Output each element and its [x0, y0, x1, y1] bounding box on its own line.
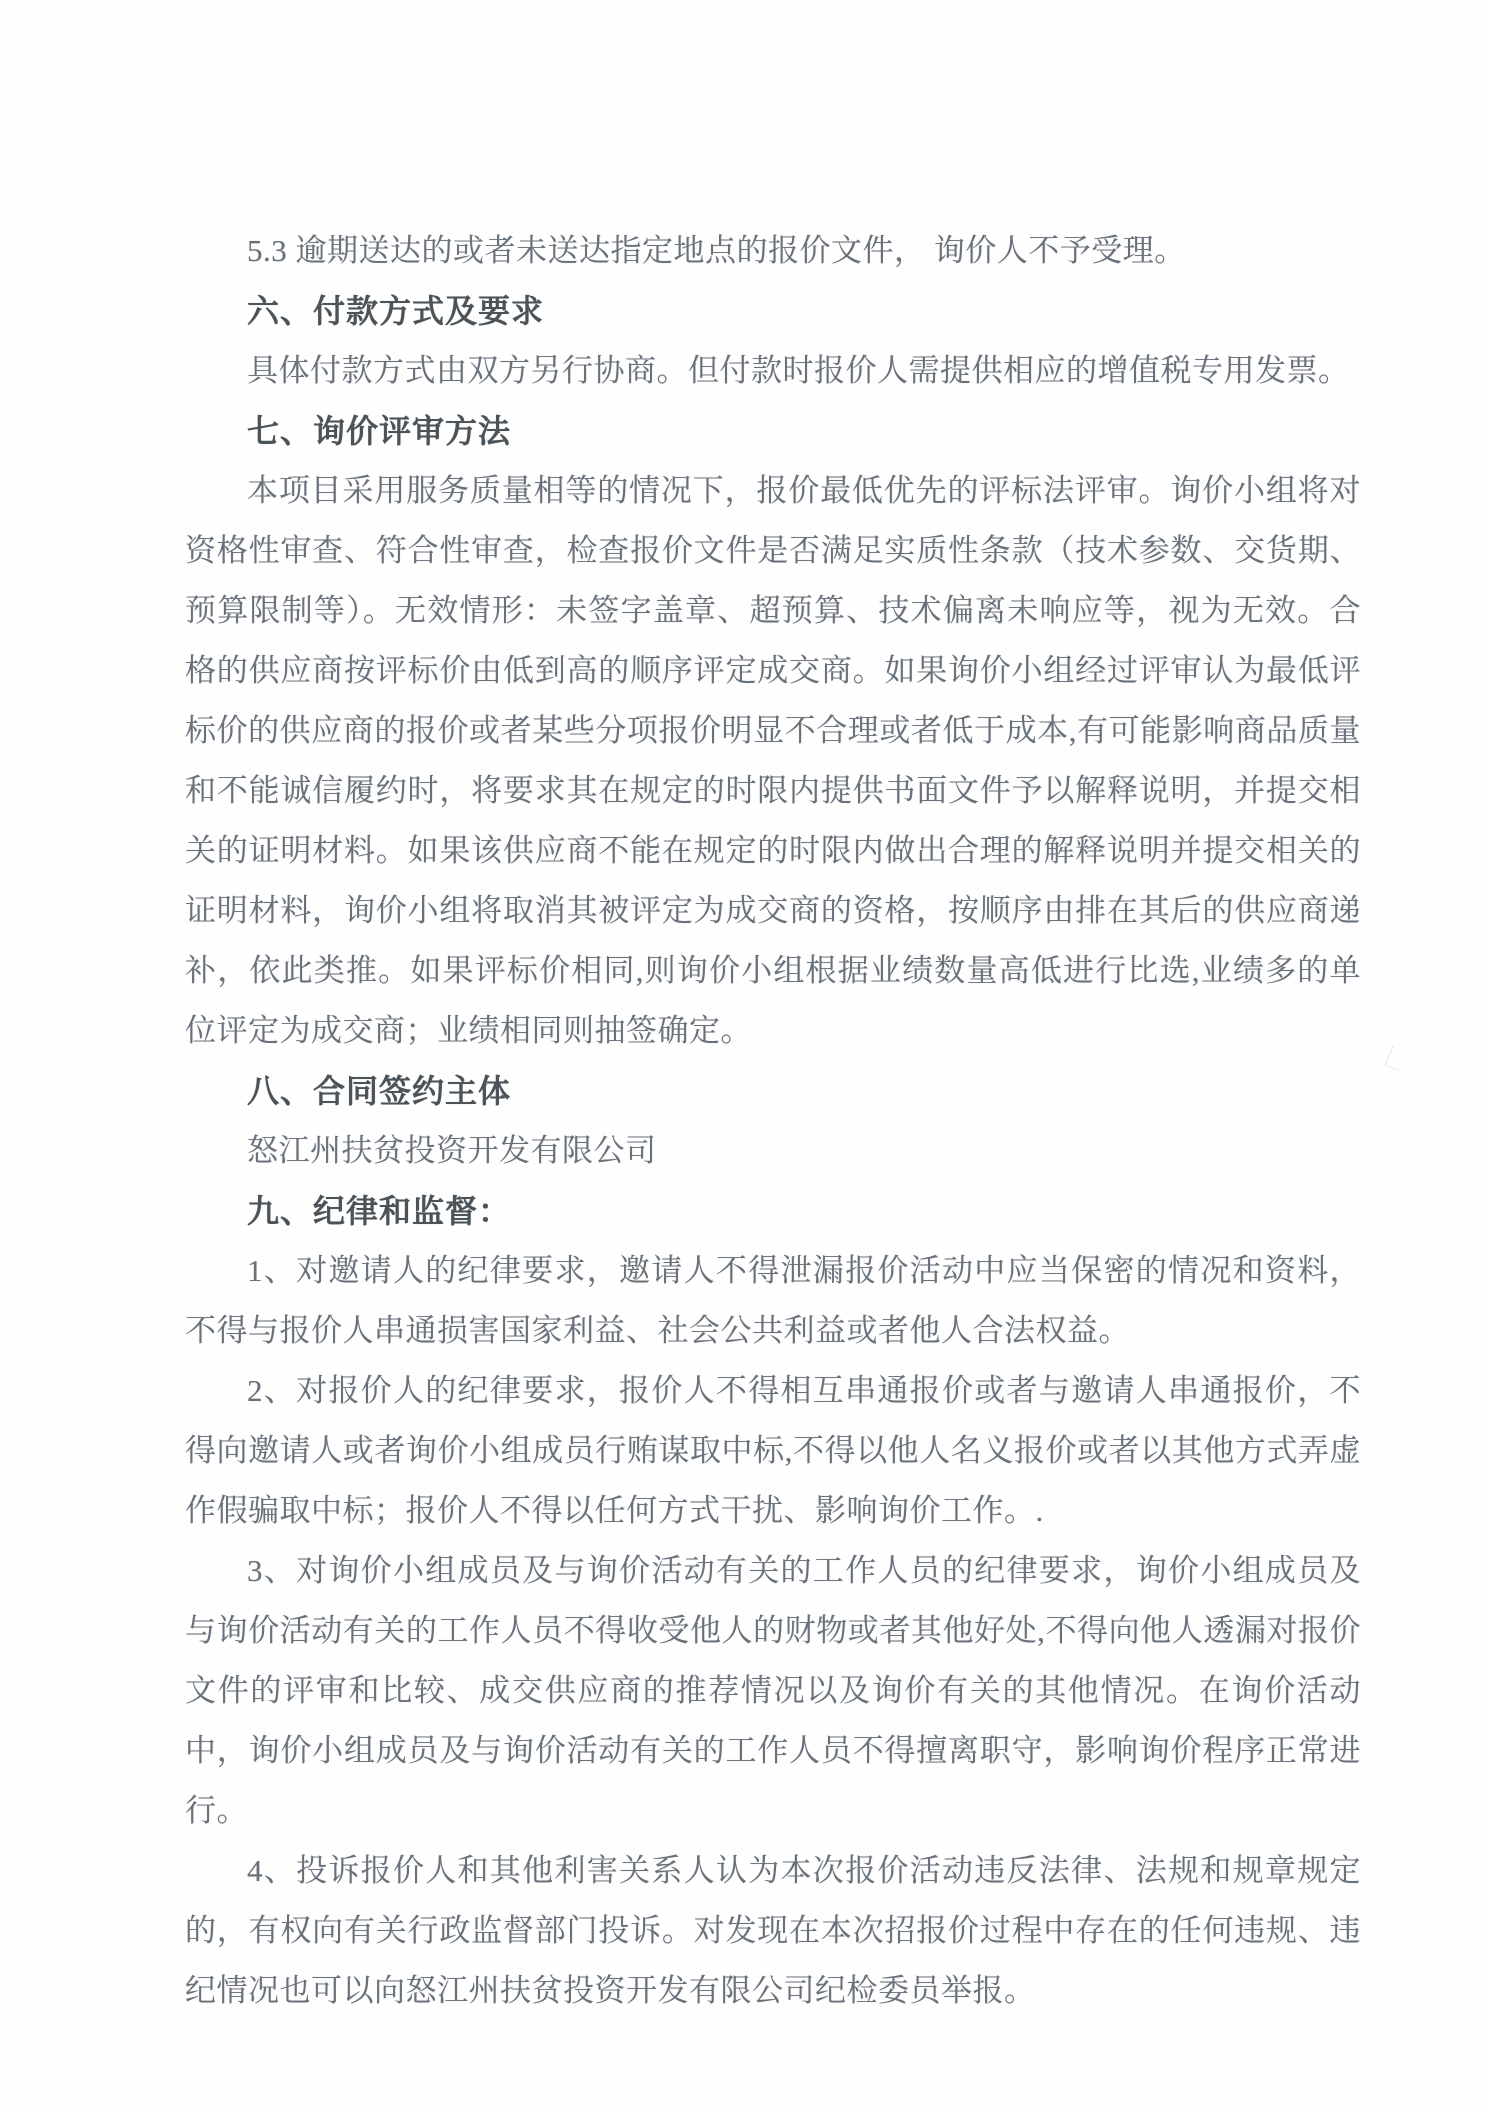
paragraph-discipline-item-4: 4、投诉报价人和其他利害关系人认为本次报价活动违反法律、法规和规章规定的，有权向…	[185, 1841, 1361, 2021]
paragraph-discipline-item-2: 2、对报价人的纪律要求，报价人不得相互串通报价或者与邀请人串通报价，不得向邀请人…	[185, 1361, 1361, 1541]
section-heading-contract-party: 八、合同签约主体	[185, 1061, 1361, 1121]
paragraph-evaluation-method: 本项目采用服务质量相等的情况下，报价最低优先的评标法评审。询价小组将对资格性审查…	[185, 461, 1361, 1061]
scanned-document-page: 5.3 逾期送达的或者未送达指定地点的报价文件， 询价人不予受理。 六、付款方式…	[0, 0, 1488, 2106]
paragraph-discipline-item-3: 3、对询价小组成员及与询价活动有关的工作人员的纪律要求，询价小组成员及与询价活动…	[185, 1541, 1361, 1841]
document-content: 5.3 逾期送达的或者未送达指定地点的报价文件， 询价人不予受理。 六、付款方式…	[185, 221, 1361, 2021]
paragraph-discipline-item-1: 1、对邀请人的纪律要求，邀请人不得泄漏报价活动中应当保密的情况和资料，不得与报价…	[185, 1241, 1361, 1361]
scan-artifact-mark	[1384, 1046, 1406, 1071]
section-heading-payment-method: 六、付款方式及要求	[185, 281, 1361, 341]
section-heading-discipline-supervision: 九、纪律和监督：	[185, 1181, 1361, 1241]
paragraph-payment-method: 具体付款方式由双方另行协商。但付款时报价人需提供相应的增值税专用发票。	[185, 341, 1361, 401]
section-heading-evaluation-method: 七、询价评审方法	[185, 401, 1361, 461]
clause-5-3-late-delivery: 5.3 逾期送达的或者未送达指定地点的报价文件， 询价人不予受理。	[185, 221, 1361, 281]
paragraph-contract-party-company: 怒江州扶贫投资开发有限公司	[185, 1121, 1361, 1181]
